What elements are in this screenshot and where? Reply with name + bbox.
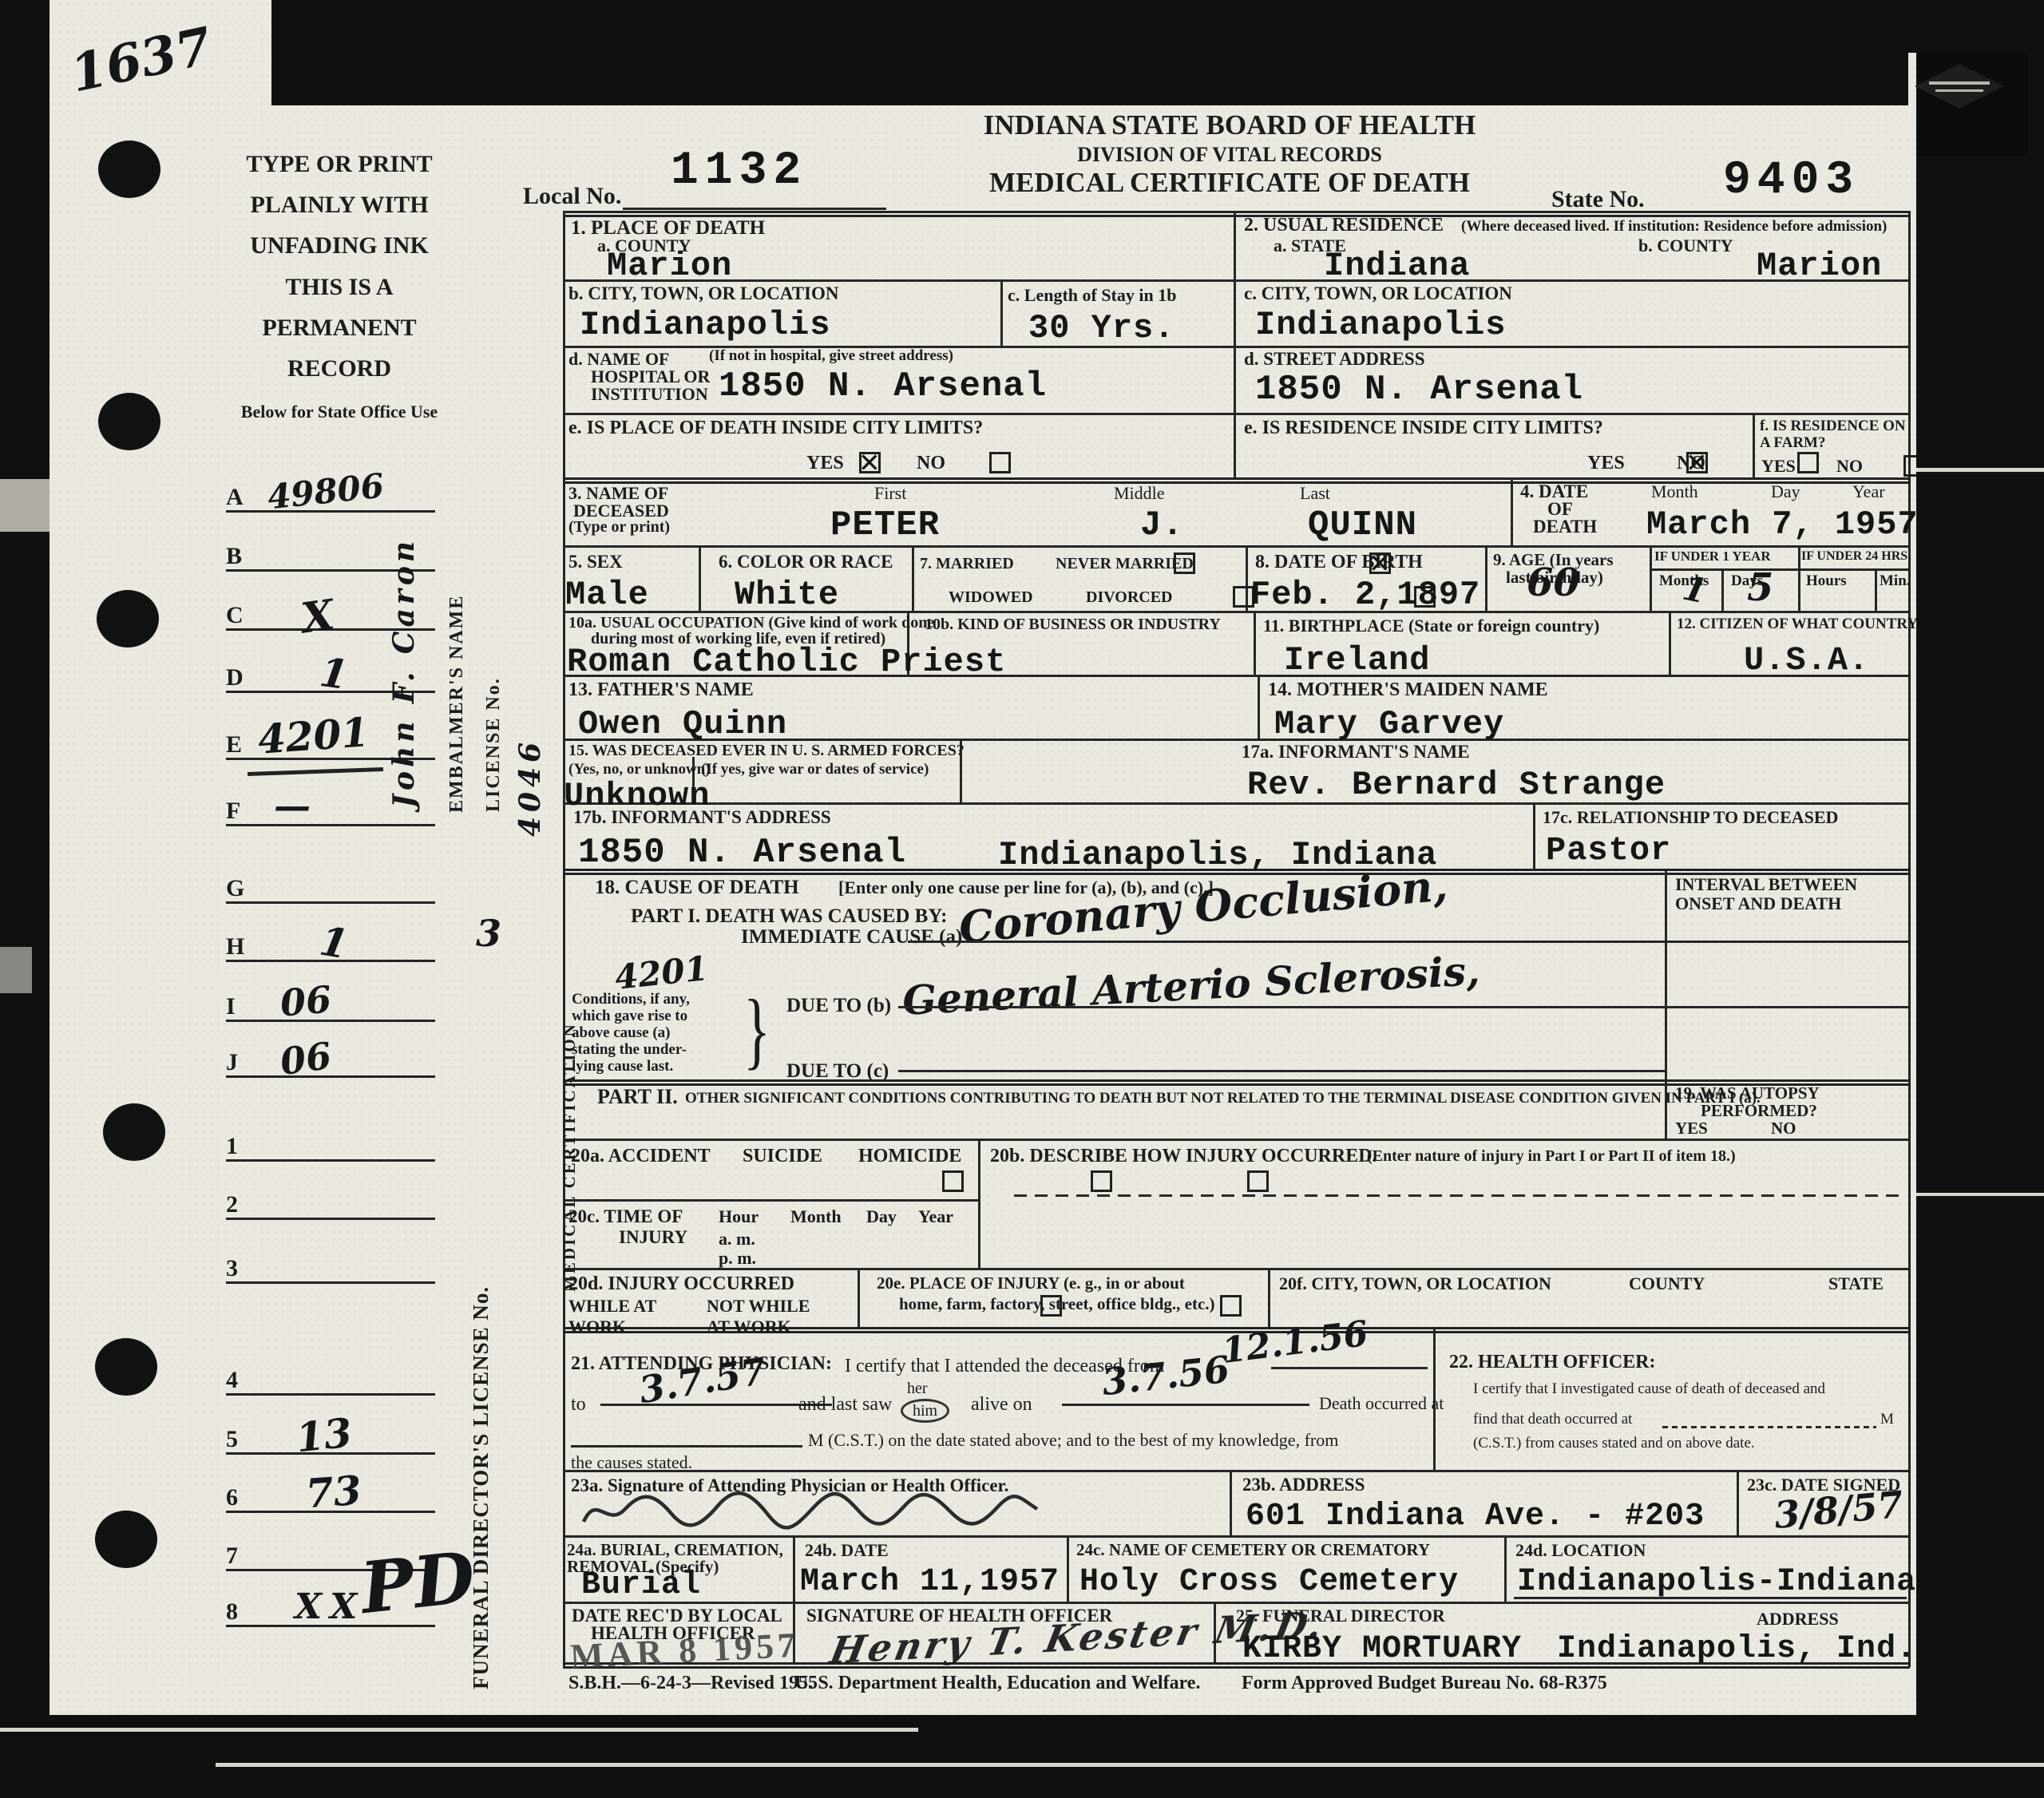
- form-border-top: [563, 211, 1910, 217]
- accident-checkbox: [942, 1170, 964, 1192]
- armed-forces-hint-1: (Yes, no, or unknown): [568, 762, 711, 778]
- pod-city-limits-label: e. IS PLACE OF DEATH INSIDE CITY LIMITS?: [568, 418, 983, 439]
- health-officer-blank: [1662, 1426, 1876, 1428]
- last-name-label: Last: [1300, 484, 1330, 503]
- mother-value: Mary Garvey: [1274, 707, 1504, 741]
- physician-text-5: the causes stated.: [571, 1453, 692, 1472]
- location-underline: [1514, 1597, 1907, 1599]
- farm-label: f. IS RESIDENCE ON A FARM?: [1760, 418, 1907, 451]
- instruction-line: TYPE OR PRINT: [240, 152, 439, 177]
- time-of-injury-label-2: INJURY: [619, 1228, 687, 1248]
- col-line: [1067, 1535, 1069, 1602]
- part1-label: PART I. DEATH WAS CAUSED BY:: [631, 905, 947, 927]
- birthplace-value: Ireland: [1284, 644, 1430, 677]
- col-line: [793, 1535, 795, 1602]
- health-officer-text-2: find that death occurred at: [1473, 1412, 1632, 1428]
- row-line: [563, 413, 1910, 415]
- health-officer-text-3: (C.S.T.) from causes stated and on above…: [1473, 1436, 1755, 1452]
- residence-city-value: Indianapolis: [1255, 308, 1506, 342]
- funeral-director-license-label: FUNERAL DIRECTOR'S LICENSE No.: [469, 996, 493, 1689]
- health-officer-label: 22. HEALTH OFFICER:: [1449, 1352, 1655, 1373]
- hospital-label-3: INSTITUTION: [591, 385, 708, 404]
- state-office-line-2: 2: [226, 1174, 435, 1220]
- never-married-label: NEVER MARRIED: [1056, 556, 1194, 573]
- pod-yes-checkbox-checked: [859, 452, 881, 473]
- col-line: [1669, 611, 1671, 675]
- col-line: [1721, 568, 1724, 611]
- scan-edge-right-sliver: [2028, 53, 2044, 156]
- state-office-line-6: 673: [226, 1467, 435, 1513]
- cemetery-value: Holy Cross Cemetery: [1079, 1566, 1459, 1598]
- state-office-line-J: J06: [226, 1032, 435, 1078]
- scan-edge-top: [271, 0, 1908, 105]
- married-label: 7. MARRIED: [920, 556, 1014, 573]
- autopsy-no-label: NO: [1771, 1119, 1796, 1138]
- handwritten-initials: PD: [358, 1542, 478, 1623]
- address-23b-label: 23b. ADDRESS: [1242, 1475, 1365, 1495]
- hospital-hint: (If not in hospital, give street address…: [709, 348, 953, 365]
- residence-county-label: b. COUNTY: [1638, 236, 1733, 255]
- punch-hole: [97, 590, 159, 648]
- day-label: Day: [866, 1207, 897, 1226]
- residence-county-value: Marion: [1757, 249, 1882, 283]
- local-no-underline: [623, 208, 886, 210]
- scan-edge-left: [0, 0, 50, 1798]
- father-value: Owen Quinn: [578, 707, 787, 741]
- col-line: [1258, 675, 1260, 739]
- place-of-injury-label-1: 20e. PLACE OF INJURY (e. g., in or about: [877, 1274, 1185, 1293]
- year-label: Year: [918, 1207, 953, 1226]
- state-office-line-3: 3: [226, 1238, 435, 1284]
- cemetery-label: 24c. NAME OF CEMETERY OR CREMATORY: [1076, 1541, 1430, 1559]
- row-line: [563, 1199, 978, 1202]
- length-of-stay-label: c. Length of Stay in 1b: [1008, 286, 1176, 305]
- dod-value: March 7, 1957: [1646, 508, 1919, 541]
- divorced-label: DIVORCED: [1086, 589, 1173, 607]
- homicide-checkbox: [1247, 1170, 1269, 1192]
- part2-text: OTHER SIGNIFICANT CONDITIONS CONTRIBUTIN…: [685, 1091, 1761, 1107]
- form-code: S.B.H.—6-24-3—Revised 1955: [568, 1673, 818, 1694]
- instruction-line: RECORD: [240, 356, 439, 382]
- state-no-value: 9403: [1723, 158, 1860, 204]
- state-office-line-G: G: [226, 858, 435, 904]
- scan-edge-top-right: [1908, 0, 2044, 53]
- relationship-label: 17c. RELATIONSHIP TO DECEASED: [1543, 808, 1838, 827]
- funeral-director-address-label: ADDRESS: [1757, 1610, 1839, 1629]
- not-while-label: NOT WHILE: [707, 1297, 810, 1316]
- autopsy-label-2: PERFORMED?: [1701, 1102, 1817, 1120]
- scan-streak: [0, 479, 50, 532]
- age-value-handwritten: 60: [1527, 564, 1580, 602]
- hospital-value: 1850 N. Arsenal: [719, 369, 1047, 404]
- cause-c-underline: [898, 1070, 1665, 1072]
- row-line: [563, 279, 1910, 282]
- seal-icon: [1915, 64, 2004, 109]
- address-23b-value: 601 Indiana Ave. - #203: [1246, 1501, 1705, 1533]
- father-label: 13. FATHER'S NAME: [568, 680, 754, 701]
- state-office-line-4: 4: [226, 1350, 435, 1396]
- while-at-label: WHILE AT: [568, 1297, 656, 1316]
- conditions-note-1: Conditions, if any,: [572, 992, 690, 1008]
- punch-hole: [103, 1103, 165, 1161]
- row-line: [563, 802, 1910, 805]
- sex-value: Male: [565, 578, 649, 612]
- cause-code-handwritten: 4201: [613, 952, 710, 995]
- mother-label: 14. MOTHER'S MAIDEN NAME: [1268, 680, 1548, 701]
- col-line: [1485, 545, 1487, 611]
- dod-label-3: DEATH: [1533, 517, 1597, 537]
- local-no-label: Local No.: [523, 184, 621, 209]
- race-label: 6. COLOR OR RACE: [719, 552, 893, 572]
- health-officer-text-1: I certify that I investigated cause of d…: [1473, 1381, 1825, 1398]
- embalmer-license-handwritten: 4046: [516, 669, 545, 837]
- residence-no-checkbox: [1797, 452, 1819, 473]
- conditions-note-3: above cause (a): [572, 1025, 670, 1042]
- pm-label: p. m.: [719, 1249, 756, 1268]
- describe-injury-underline: [1014, 1194, 1900, 1197]
- burial-date-label: 24b. DATE: [805, 1541, 889, 1560]
- cause-section-label: 18. CAUSE OF DEATH: [595, 877, 799, 898]
- her-label: her: [907, 1380, 928, 1397]
- pod-county-value: Marion: [607, 249, 732, 283]
- budget-approval: Form Approved Budget Bureau No. 68-R375: [1242, 1673, 1607, 1694]
- col-line: [1000, 281, 1003, 346]
- org-division: DIVISION OF VITAL RECORDS: [910, 144, 1549, 166]
- informant-name-value: Rev. Bernard Strange: [1247, 768, 1666, 802]
- local-no-value: 1132: [671, 149, 807, 195]
- location-value: Indianapolis-Indiana: [1517, 1566, 1916, 1598]
- punch-hole: [95, 1511, 157, 1568]
- sex-label: 5. SEX: [568, 552, 623, 572]
- scanned-death-certificate: 1637 TYPE OR PRINT PLAINLY WITH UNFADING…: [0, 0, 2044, 1798]
- suicide-label: SUICIDE: [743, 1147, 822, 1167]
- informant-address-label: 17b. INFORMANT'S ADDRESS: [573, 808, 831, 828]
- injury-occurred-label: 20d. INJURY OCCURRED: [568, 1274, 794, 1295]
- col-line: [1254, 611, 1256, 675]
- under-24-hrs-label: IF UNDER 24 HRS.: [1801, 549, 1911, 563]
- funeral-director-label: 25. FUNERAL DIRECTOR: [1236, 1606, 1445, 1626]
- col-line: [1230, 1470, 1232, 1535]
- funeral-license-number-handwritten: 3: [476, 915, 501, 952]
- citizen-label: 12. CITIZEN OF WHAT COUNTRY?: [1677, 616, 1926, 633]
- work-label: WORK: [568, 1317, 626, 1337]
- farm-yes-label: YES: [1761, 457, 1796, 476]
- race-value: White: [735, 578, 839, 612]
- informant-address-value-1: 1850 N. Arsenal: [578, 835, 906, 870]
- injury-state-label: STATE: [1828, 1274, 1884, 1293]
- cause-b-underline: [898, 1006, 1665, 1008]
- scan-streak: [1916, 1193, 2044, 1196]
- col-line: [1511, 477, 1513, 545]
- row-line: [563, 1602, 1910, 1604]
- instruction-line: UNFADING INK: [240, 233, 439, 259]
- interval-label-1: INTERVAL BETWEEN: [1675, 875, 1857, 894]
- date-signed-handwritten: 3/8/57: [1773, 1486, 1904, 1534]
- due-to-b-label: DUE TO (b): [786, 995, 891, 1016]
- month-label: Month: [790, 1207, 842, 1226]
- row-line: [563, 1470, 1910, 1472]
- scan-streak: [0, 1728, 918, 1732]
- cause-a-underline: [908, 941, 1665, 943]
- col-line: [912, 545, 914, 611]
- middle-name-value: J.: [1140, 508, 1184, 543]
- col-line: [978, 1139, 980, 1268]
- injury-county-label: COUNTY: [1629, 1274, 1705, 1293]
- interval-cell-line: [1665, 941, 1908, 943]
- col-line: [1798, 545, 1800, 611]
- col-line: [1650, 545, 1652, 611]
- attended-from-underline: [1271, 1367, 1428, 1369]
- conditions-note-2: which gave rise to: [572, 1008, 687, 1025]
- length-of-stay-value: 30 Yrs.: [1028, 311, 1175, 345]
- part2-label: PART II.: [597, 1086, 678, 1108]
- alive-on-label: alive on: [971, 1394, 1032, 1415]
- state-office-note: Below for State Office Use: [224, 402, 455, 422]
- col-line: [1753, 413, 1755, 477]
- embalmer-name-handwritten: John F. Caron: [390, 473, 418, 808]
- state-no-label: State No.: [1551, 187, 1645, 212]
- punch-hole: [98, 393, 160, 450]
- citizen-value: U.S.A.: [1744, 644, 1869, 677]
- pod-city-value: Indianapolis: [580, 308, 830, 342]
- state-office-line-1: 1: [226, 1116, 435, 1162]
- col-line: [1504, 1535, 1507, 1602]
- col-line: [1737, 1470, 1739, 1535]
- dob-label: 8. DATE OF BIRTH: [1255, 552, 1423, 573]
- residence-section-label: 2. USUAL RESIDENCE: [1244, 216, 1444, 236]
- first-name-value: PETER: [830, 508, 940, 543]
- burial-value: Burial: [581, 1570, 701, 1602]
- occupation-value: Roman Catholic Priest: [567, 645, 1006, 679]
- suicide-checkbox: [1091, 1170, 1112, 1192]
- days-value-handwritten: 5: [1747, 568, 1773, 607]
- street-address-label: d. STREET ADDRESS: [1244, 350, 1425, 370]
- funeral-director-value: KIRBY MORTUARY: [1242, 1634, 1522, 1665]
- residence-state-value: Indiana: [1324, 249, 1470, 283]
- min-label: Min.: [1880, 573, 1911, 590]
- industry-label: 10b. KIND OF BUSINESS OR INDUSTRY: [925, 616, 1221, 634]
- conditions-note-5: lying cause last.: [572, 1059, 673, 1075]
- pod-yes-label: YES: [806, 453, 844, 474]
- row-line: [563, 545, 1910, 548]
- birthplace-label: 11. BIRTHPLACE (State or foreign country…: [1263, 616, 1599, 636]
- time-of-injury-label-1: 20c. TIME OF: [568, 1207, 683, 1227]
- accident-label: 20a. ACCIDENT: [571, 1147, 711, 1167]
- instruction-line: THIS IS A: [240, 275, 439, 300]
- scan-edge-right: [1916, 156, 2044, 1798]
- dod-month-label: Month: [1651, 482, 1698, 501]
- due-to-c-label: DUE TO (c): [786, 1060, 889, 1082]
- org-name: INDIANA STATE BOARD OF HEALTH: [910, 110, 1549, 141]
- location-label: 24d. LOCATION: [1515, 1541, 1646, 1560]
- state-office-line-I: I06: [226, 976, 435, 1022]
- to-label: to: [571, 1394, 586, 1415]
- widowed-label: WIDOWED: [949, 589, 1033, 607]
- conditions-brace: }: [743, 984, 770, 1079]
- medical-certification-side-label: MEDICAL CERTIFICATION: [561, 901, 579, 1292]
- residence-yes-label: YES: [1587, 453, 1625, 474]
- armed-forces-hint-2: (If yes, give war or dates of service): [701, 762, 929, 778]
- col-line: [1268, 1268, 1270, 1327]
- residence-city-label: c. CITY, TOWN, OR LOCATION: [1244, 284, 1512, 304]
- pod-no-checkbox: [989, 452, 1011, 473]
- deceased-name-label-3: (Type or print): [568, 519, 670, 537]
- agency-line: U. S. Department Health, Education and W…: [794, 1673, 1200, 1694]
- row-line: [563, 1268, 1910, 1270]
- embalmer-license-label: LICENSE No.: [484, 616, 505, 812]
- attended-to-underline: [600, 1404, 832, 1406]
- pod-city-label: b. CITY, TOWN, OR LOCATION: [568, 284, 839, 304]
- am-label: a. m.: [719, 1230, 755, 1249]
- armed-forces-label: 15. WAS DECEASED EVER IN U. S. ARMED FOR…: [568, 743, 965, 760]
- physician-text-4: M (C.S.T.) on the date stated above; and…: [808, 1431, 1338, 1450]
- funeral-director-address-value: Indianapolis, Ind.: [1557, 1634, 1916, 1665]
- row-line-heavy: [563, 477, 1910, 484]
- describe-injury-hint: (Enter nature of injury in Part I or Par…: [1367, 1148, 1736, 1166]
- scan-streak: [1916, 468, 2044, 472]
- at-work-label: AT WORK: [707, 1317, 791, 1337]
- physician-text-3: Death occurred at: [1319, 1394, 1444, 1413]
- not-while-at-work-checkbox: [1220, 1295, 1242, 1317]
- scan-streak: [216, 1763, 2044, 1767]
- immediate-cause-label: IMMEDIATE CAUSE (a): [741, 926, 962, 948]
- interval-cell-line: [1665, 1006, 1908, 1008]
- col-line: [699, 545, 701, 611]
- him-label-circled: him: [901, 1399, 949, 1423]
- residence-section-hint: (Where deceased lived. If institution: R…: [1461, 219, 1887, 236]
- under-1-year-label: IF UNDER 1 YEAR: [1654, 549, 1771, 564]
- relationship-value: Pastor: [1546, 834, 1671, 867]
- middle-name-label: Middle: [1114, 484, 1165, 503]
- dod-day-label: Day: [1771, 482, 1800, 501]
- farm-no-label: NO: [1836, 457, 1863, 476]
- residence-no-label: NO: [1677, 453, 1705, 474]
- state-office-line-5: 513: [226, 1409, 435, 1455]
- dod-year-label: Year: [1852, 482, 1885, 501]
- scan-streak: [0, 947, 32, 993]
- punch-hole: [98, 141, 160, 198]
- last-name-value: QUINN: [1308, 508, 1417, 543]
- injury-city-label: 20f. CITY, TOWN, OR LOCATION: [1279, 1274, 1551, 1293]
- pod-no-label: NO: [917, 453, 945, 474]
- time-blank-underline: [571, 1445, 802, 1448]
- col-line: [1234, 211, 1236, 477]
- instruction-line: PLAINLY WITH: [240, 192, 439, 218]
- autopsy-label-1: 19. WAS AUTOPSY: [1675, 1084, 1820, 1103]
- residence-city-limits-label: e. IS RESIDENCE INSIDE CITY LIMITS?: [1244, 418, 1603, 439]
- street-address-value: 1850 N. Arsenal: [1255, 372, 1583, 407]
- describe-injury-label: 20b. DESCRIBE HOW INJURY OCCURRED.: [990, 1147, 1377, 1167]
- punch-hole: [95, 1338, 157, 1396]
- autopsy-yes-label: YES: [1675, 1119, 1708, 1138]
- informant-name-label: 17a. INFORMANT'S NAME: [1242, 743, 1470, 762]
- attending-physician-signature: [579, 1487, 1042, 1537]
- burial-date-value: March 11,1957: [800, 1566, 1060, 1598]
- hours-label: Hours: [1806, 573, 1847, 590]
- homicide-label: HOMICIDE: [858, 1147, 961, 1167]
- physician-text-2: and last saw: [798, 1394, 892, 1415]
- row-line: [563, 1139, 1910, 1141]
- interval-label-2: ONSET AND DEATH: [1675, 894, 1841, 913]
- last-seen-underline: [1062, 1404, 1309, 1406]
- col-line: [1875, 568, 1877, 611]
- dob-value: Feb. 2,1897: [1250, 578, 1480, 612]
- conditions-note-4: stating the under-: [572, 1042, 687, 1059]
- first-name-label: First: [874, 484, 906, 503]
- instruction-line: PERMANENT: [240, 315, 439, 341]
- col-line: [858, 1268, 860, 1327]
- embalmer-name-label: EMBALMER'S NAME: [447, 501, 468, 813]
- health-officer-text-2b: M: [1880, 1412, 1894, 1428]
- col-line: [1533, 802, 1535, 869]
- place-of-injury-label-2: home, farm, factory, street, office bldg…: [899, 1295, 1215, 1313]
- hour-label: Hour: [719, 1207, 759, 1226]
- form-border-right: [1908, 211, 1911, 1667]
- state-office-line-H: H1: [226, 917, 435, 962]
- document-title: MEDICAL CERTIFICATE OF DEATH: [910, 168, 1549, 198]
